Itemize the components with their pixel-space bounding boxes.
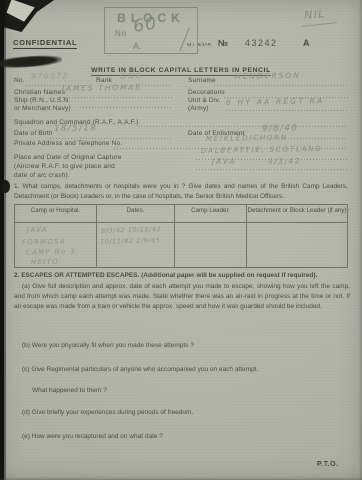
ref-no-symbol: № (218, 38, 228, 50)
field-value-date-of-enlistment: 9/8/40 (262, 123, 299, 134)
dotted-line (196, 169, 348, 170)
dates-entry-line: 9/3/42 10/10/42 (101, 225, 162, 235)
camps-table-header-camp: Camp or Hospital. (15, 205, 97, 223)
field-value-christian-names: JAMES THOMAS (62, 83, 142, 93)
camp-entry-line: CAMP No 3 (26, 247, 76, 256)
handwritten-block-number: 60 (132, 13, 159, 37)
page-turn-over-note: P.T.O. (317, 461, 339, 468)
camp-entry-line: HEITO (31, 258, 59, 267)
section-2-item-e: (e) How were you recaptured and on what … (22, 432, 342, 442)
field-value-surname: HENDERSON (235, 71, 301, 81)
section-2-item-c2: What happened to them ? (32, 386, 332, 396)
section-2-item-a: (a) Give full description and approx. da… (14, 282, 350, 311)
field-value-address-line2: DALBEATTIE, SCOTLAND (201, 145, 323, 155)
edge-tear-artifact (1, 180, 10, 193)
stamp-a-label: A. (133, 41, 142, 51)
section-2-item-c: (c) Give Regimental particulars of anyon… (22, 365, 342, 375)
camps-table-cell-detachment (247, 223, 347, 267)
field-value-capture-date: 9/3/42 (268, 156, 301, 166)
camp-entry-line: FORMOSA (22, 237, 66, 246)
dotted-line (50, 138, 172, 139)
camps-table-cell-dates: 9/3/42 10/10/42 10/11/42 2/9/45 (97, 223, 175, 267)
camps-table-header-dates: Dates. (97, 205, 175, 223)
section-2-title: 2. ESCAPES OR ATTEMPTED ESCAPES. (Additi… (14, 271, 348, 281)
dotted-line (60, 97, 172, 98)
camps-table: Camp or Hospital. Dates. Camp Leader. De… (14, 204, 348, 268)
ref-number: 43242 (245, 38, 278, 50)
camps-table-header-detachment: Detachment or Block Leader (if any) (247, 205, 347, 223)
dotted-line (214, 85, 348, 86)
ref-suffix: A (303, 38, 310, 50)
stamp-no-label: No (115, 29, 127, 38)
dotted-line (138, 126, 348, 127)
ref-prefix: M.I. 9/JAP. (187, 43, 212, 49)
field-label-ship: Ship (R.N., U.S.N. or Merchant Navy) (14, 97, 76, 114)
field-value-no: 976572 (31, 71, 69, 81)
field-value-address-line1: MEIKLEDICHORN (206, 134, 288, 143)
question-1-text: 1. What camps, detachments or hospitals … (14, 182, 348, 202)
scanned-pow-questionnaire-form: BLOCK No 60 A. NIL CONFIDENTIAL M.I. 9/J… (0, 0, 362, 480)
field-label-unit: Unit & Div. (Army) (188, 97, 224, 114)
camps-table-header-leader: Camp Leader. (175, 205, 247, 223)
field-label-date-of-birth: Date of Birth (14, 130, 53, 138)
confidential-marking: CONFIDENTIAL (13, 38, 77, 49)
dotted-line (80, 107, 172, 108)
field-value-date-of-birth: 18/5/18 (54, 123, 97, 134)
section-2-item-d: (d) Give briefly your experiences during… (22, 408, 342, 418)
field-label-capture: Place and Date of Original Capture (Airc… (14, 154, 128, 180)
nil-underline (301, 22, 337, 27)
camp-entry-line: JAVA (27, 226, 48, 235)
field-label-no: No. (14, 77, 25, 85)
field-value-capture-place: JAVA (212, 157, 237, 166)
dates-entry-line: 10/11/42 2/9/45 (100, 236, 161, 246)
field-label-surname: Surname (188, 77, 216, 85)
camps-table-cell-leader (175, 223, 247, 267)
field-value-rank: GNR (120, 72, 144, 81)
field-value-unit: 6 HY AA REGT RA (226, 96, 325, 107)
field-label-address: Private Address and Telephone No. (14, 140, 122, 148)
section-2-item-b: (b) Were you physically fit when you mad… (22, 341, 342, 351)
block-number-stamp: BLOCK No 60 A. (104, 7, 198, 54)
handwritten-nil-note: NIL (304, 7, 326, 22)
dotted-line (226, 110, 348, 111)
camps-table-cell-camp: JAVA FORMOSA CAMP No 3 HEITO (15, 223, 97, 267)
